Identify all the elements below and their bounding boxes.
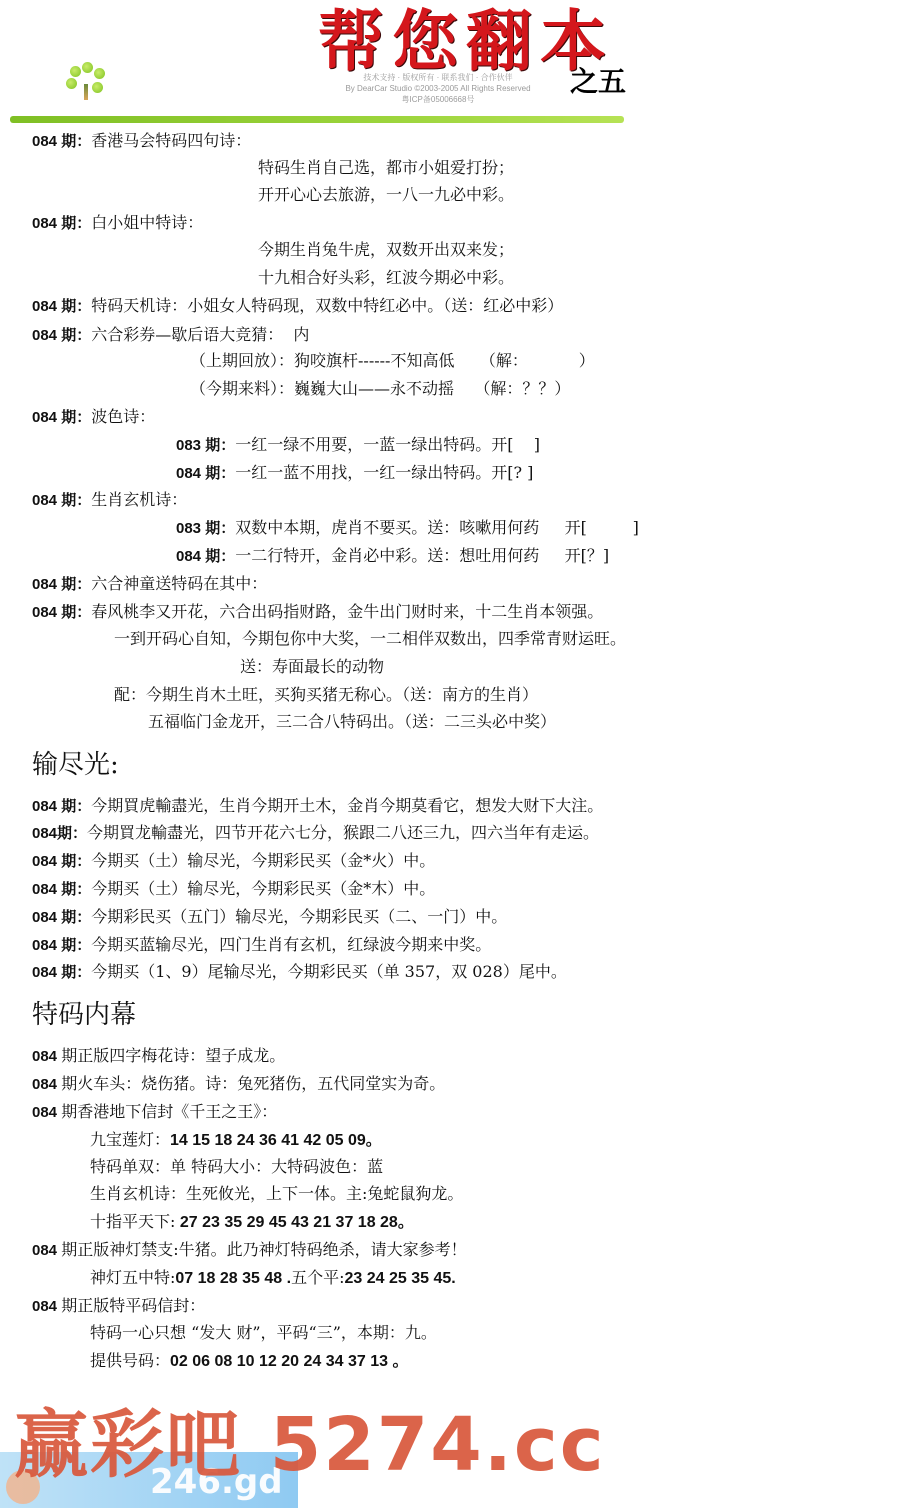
poem-line: 开开心心去旅游，一八一九必中彩。	[258, 185, 514, 205]
sub-item: 神灯五中特:07 18 28 35 48 .五个平:23 24 25 35 45…	[90, 1268, 456, 1289]
poem-line: 084 期：一二行特开，金肖必中彩。送：想吐用何药 开[？]	[176, 546, 609, 567]
entry-row: 084 期：生肖玄机诗：	[32, 490, 187, 511]
list-item: 084 期：今期買虎輸盡光，生肖今期开土木，金肖今期莫看它，想发大财下大注。	[32, 796, 603, 817]
list-item: 084 期：今期买（土）输尽光，今期彩民买（金*木）中。	[32, 879, 435, 900]
header-divider	[10, 116, 624, 123]
poem-line: 一到开码心自知，今期包你中大奖，一二相伴双数出，四季常青财运旺。	[114, 629, 626, 649]
poem-line: 五福临门金龙开，三二合八特码出。（送：二三头必中奖）	[148, 712, 556, 732]
sub-item: 提供号码：02 06 08 10 12 20 24 34 37 13 。	[90, 1351, 408, 1372]
list-item: 084 期：今期买（1、9）尾输尽光，今期彩民买（单 357，双 028）尾中。	[32, 962, 567, 983]
entry-row: 084 期：特码天机诗：小姐女人特码现，双数中特红必中。（送：红必中彩）	[32, 296, 563, 317]
entry-row: 084 期：香港马会特码四句诗：	[32, 131, 251, 152]
sub-item: 十指平天下: 27 23 35 29 45 43 21 37 18 28。	[90, 1212, 414, 1233]
list-item: 084 期：今期买蓝输尽光，四门生肖有玄机，红绿波今期来中奖。	[32, 935, 491, 956]
poem-line: 特码生肖自己选，都市小姐爱打扮；	[258, 158, 514, 178]
list-item: 084 期香港地下信封《千王之王》：	[32, 1102, 277, 1123]
poem-line: 送：寿面最长的动物	[240, 657, 384, 677]
sub-item: 生肖玄机诗：生死攸光，上下一体。主:兔蛇鼠狗龙。	[90, 1184, 463, 1204]
riddle-line: （上期回放）：狗咬旗杆------不知高低 （解： ）	[190, 351, 595, 371]
section-heading: 输尽光:	[32, 750, 119, 780]
list-item: 084 期：今期买（土）输尽光，今期彩民买（金*火）中。	[32, 851, 435, 872]
list-item: 084 期：今期彩民买（五门）输尽光，今期彩民买（二、一门）中。	[32, 907, 507, 928]
entry-row: 084 期：白小姐中特诗：	[32, 213, 203, 234]
watermark-main: 赢彩吧 5274.cc	[14, 1405, 606, 1485]
sub-item: 九宝莲灯：14 15 18 24 36 41 42 05 09。	[90, 1130, 382, 1151]
poem-line: 十九相合好头彩，红波今期必中彩。	[258, 268, 514, 288]
list-item: 084 期正版四字梅花诗：望子成龙。	[32, 1046, 285, 1067]
page-title-suffix: 之五	[570, 60, 626, 100]
poem-line: 今期生肖兔牛虎，双数开出双来发；	[258, 240, 514, 260]
list-item: 084 期火车头：烧伤猪。诗：兔死猪伤，五代同堂实为奇。	[32, 1074, 445, 1095]
poem-line: 083 期：一红一绿不用要，一蓝一绿出特码。开[ ]	[176, 435, 540, 456]
entry-row: 084 期：波色诗：	[32, 407, 155, 428]
entry-row: 084 期：六合彩券—歇后语大竞猜： 内	[32, 325, 309, 346]
poem-line: 083 期：双数中本期，虎肖不要买。送：咳嗽用何药 开[ ]	[176, 518, 639, 539]
poem-line: 084 期：一红一蓝不用找，一红一绿出特码。开[? ]	[176, 463, 533, 484]
entry-row: 084 期：春风桃李又开花，六合出码指财路，金牛出门财时来，十二生肖本领强。	[32, 602, 603, 623]
entry-row: 084 期：六合神童送特码在其中：	[32, 574, 267, 595]
sub-item: 特码一心只想 “发大 财”，平码“三”，本期：九。	[90, 1323, 437, 1343]
section-heading: 特码内幕	[32, 1000, 136, 1030]
riddle-line: （今期来料）：巍巍大山——永不动摇 （解：？？）	[190, 379, 570, 399]
list-item: 084 期正版特平码信封：	[32, 1296, 205, 1317]
sub-item: 特码单双：单 特码大小：大特码波色：蓝	[90, 1157, 383, 1177]
tree-logo-icon	[62, 62, 112, 106]
poem-line: 配：今期生肖木土旺，买狗买猪无称心。（送：南方的生肖）	[114, 685, 538, 705]
list-item: 084 期正版神灯禁支:牛猪。此乃神灯特码绝杀，请大家参考！	[32, 1240, 467, 1261]
list-item: 084期：今期買龙輸盡光，四节开花六七分，猴跟二八还三九，四六当年有走运。	[32, 823, 599, 844]
